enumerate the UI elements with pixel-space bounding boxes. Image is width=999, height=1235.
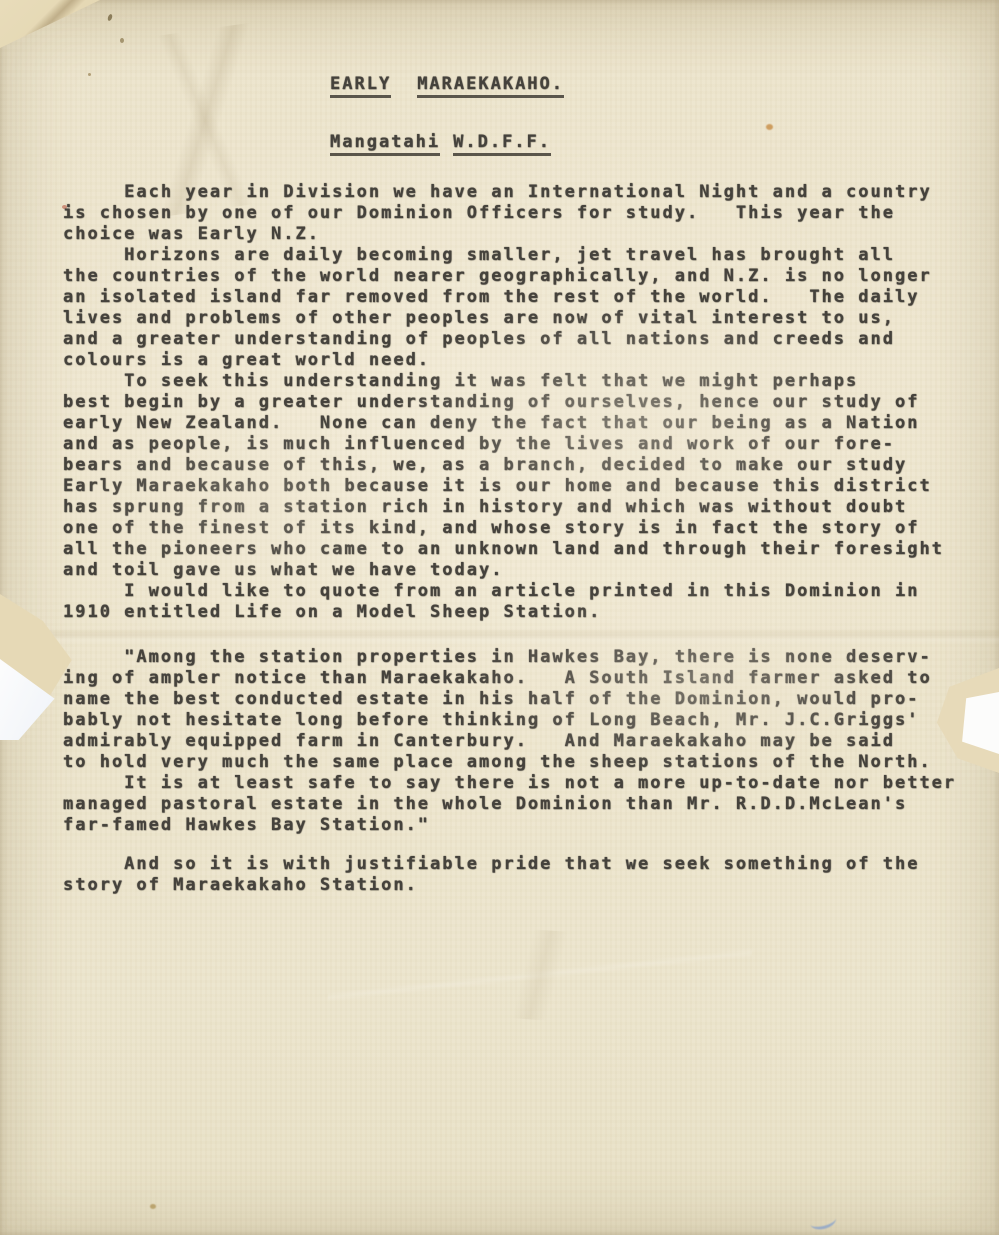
blue-pencil-mark <box>809 1211 838 1232</box>
paragraph-horizons: Horizons are daily becoming smaller, jet… <box>63 245 988 371</box>
stain-spot <box>766 124 773 130</box>
paragraph-quote-intro: I would like to quote from an article pr… <box>63 581 988 623</box>
subtitle-word-mangatahi: Mangatahi <box>330 132 440 156</box>
paragraph-to-seek-understanding: To seek this understanding it was felt t… <box>63 371 988 581</box>
ink-speck <box>107 14 113 22</box>
paragraph-quote-among-stations: "Among the station properties in Hawkes … <box>63 647 988 773</box>
paragraph-international-night: Each year in Division we have an Interna… <box>63 182 988 245</box>
title-word-maraekakaho: MARAEKAKAHO. <box>417 74 564 98</box>
document-body: Each year in Division we have an Interna… <box>63 182 988 896</box>
paragraph-closing: And so it is with justifiable pride that… <box>63 854 988 896</box>
paragraph-quote-up-to-date: It is at least safe to say there is not … <box>63 773 988 836</box>
paper-crease-bottom <box>327 915 752 1034</box>
scanned-typewritten-page: EARLYMARAEKAKAHO. MangatahiW.D.F.F. Each… <box>0 0 999 1235</box>
page-subtitle: MangatahiW.D.F.F. <box>330 132 551 156</box>
title-word-early: EARLY <box>330 74 391 98</box>
torn-corner-top-left <box>0 0 100 48</box>
page-title: EARLYMARAEKAKAHO. <box>330 74 564 98</box>
subtitle-word-wdff: W.D.F.F. <box>453 132 551 156</box>
stain-spot <box>150 1204 156 1209</box>
